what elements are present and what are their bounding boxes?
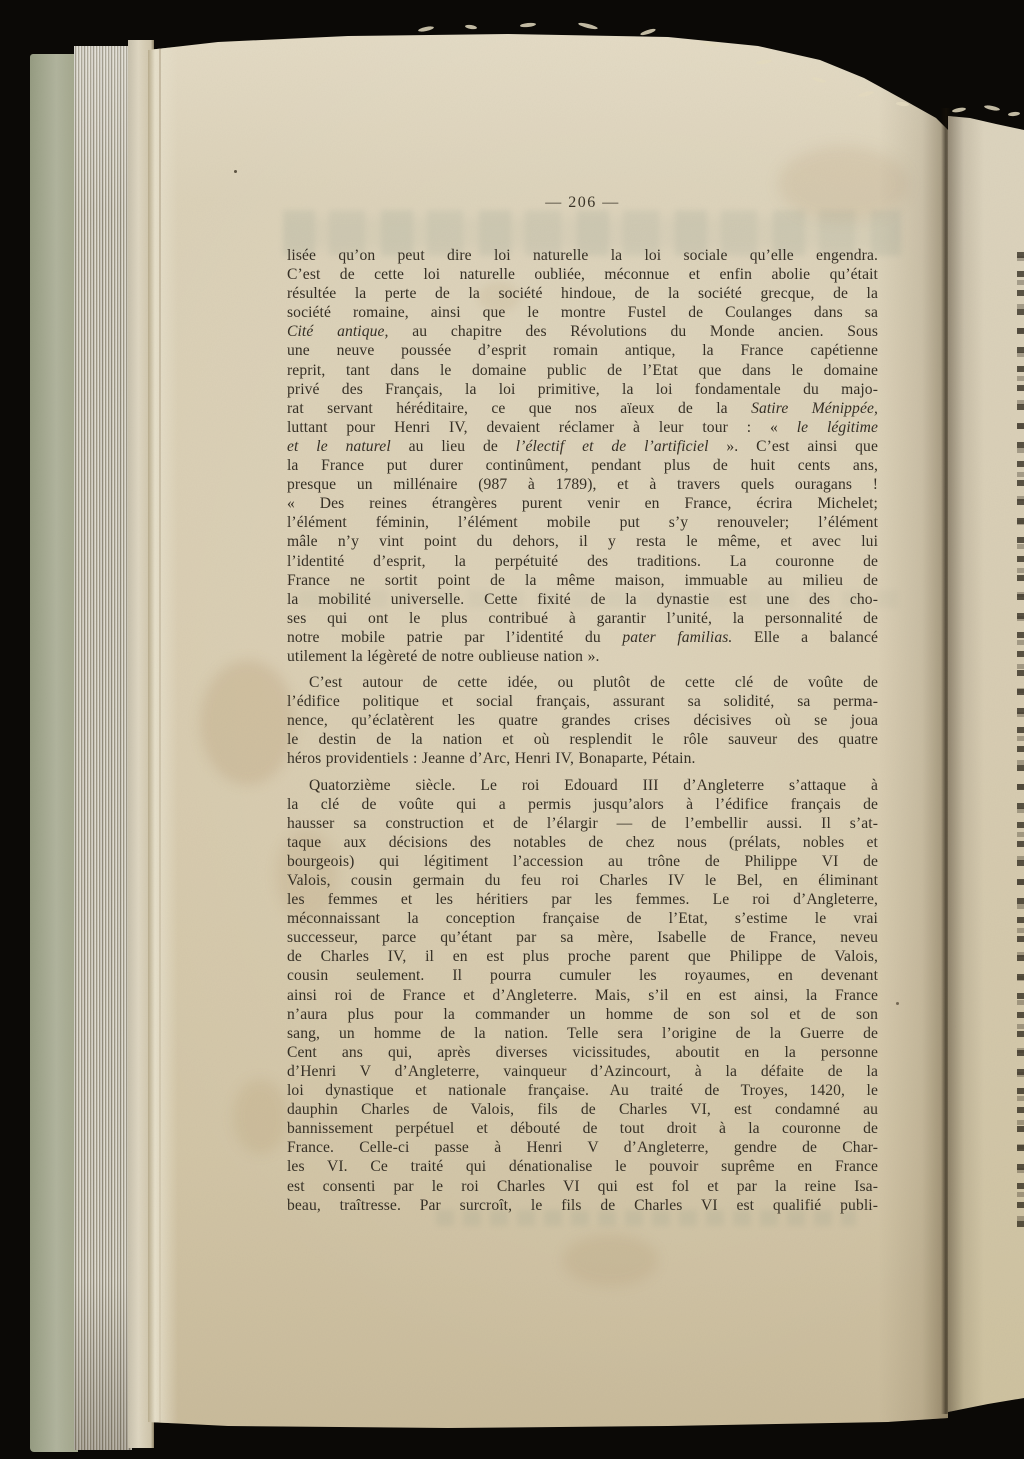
- body-text-segment: successeur, parce qu’étant par sa mère, …: [287, 929, 878, 946]
- body-text-segment: méconnaissant la conception française de…: [287, 910, 878, 927]
- book-scan: — 206 — lisée qu’on peut dire loi nature…: [0, 0, 1024, 1459]
- foxing-stain: [233, 1079, 288, 1154]
- body-text-segment: bourgeois) qui légitiment l’accession au…: [287, 853, 878, 870]
- text-line: France. Celle-ci passe à Henri V d’Angle…: [287, 1138, 878, 1157]
- text-line: luttant pour Henri IV, devaient réclamer…: [287, 418, 878, 437]
- text-line: lisée qu’on peut dire loi naturelle la l…: [287, 246, 878, 265]
- text-line: France ne sortit point de la même maison…: [287, 571, 878, 590]
- italic-text: Satire Ménippée,: [751, 400, 878, 417]
- body-text-segment: les femmes et les héritiers par les femm…: [287, 891, 878, 908]
- body-text-segment: au chapitre des Révolutions du Monde anc…: [389, 323, 878, 340]
- text-line: C’est de cette loi naturelle oubliée, mé…: [287, 265, 878, 284]
- text-line: société romaine, ainsi que le montre Fus…: [287, 303, 878, 322]
- text-line: Cité antique, au chapitre des Révolution…: [287, 322, 878, 341]
- body-text-segment: n’aura plus pour la commander un homme d…: [287, 1006, 878, 1023]
- body-text-segment: ». C’est ainsi que: [709, 438, 878, 455]
- text-line: dauphin Charles de Valois, fils de Charl…: [287, 1100, 878, 1119]
- body-text-segment: « Des reines étrangères purent venir en …: [287, 495, 878, 512]
- body-text-segment: France ne sortit point de la même maison…: [287, 572, 878, 589]
- text-line: la France put durer continûment, pendant…: [287, 456, 878, 475]
- body-text-segment: une neuve poussée d’esprit romain antiqu…: [287, 342, 878, 359]
- body-text-segment: hausser sa construction et de l’élargir …: [287, 815, 878, 832]
- text-line: d’Henri V d’Angleterre, vainqueur d’Azin…: [287, 1062, 878, 1081]
- body-text-segment: société romaine, ainsi que le montre Fus…: [287, 304, 878, 321]
- body-text-segment: rat servant héréditaire, ce que nos aïeu…: [287, 400, 751, 417]
- body-text-segment: France. Celle-ci passe à Henri V d’Angle…: [287, 1139, 878, 1156]
- paper-fiber: [578, 22, 598, 31]
- body-text-segment: lisée qu’on peut dire loi naturelle la l…: [287, 247, 878, 264]
- body-text-segment: sang, un homme de la nation. Telle sera …: [287, 1025, 878, 1042]
- text-line: presque un millénaire (987 à 1789), et à…: [287, 475, 878, 494]
- text-line: mâle n’y vint point du dehors, il y rest…: [287, 532, 878, 551]
- text-line: une neuve poussée d’esprit romain antiqu…: [287, 341, 878, 360]
- text-line: n’aura plus pour la commander un homme d…: [287, 1005, 878, 1024]
- body-text-segment: de Charles IV, il en est plus proche par…: [287, 948, 878, 965]
- text-line: et le naturel au lieu de l’électif et de…: [287, 437, 878, 456]
- body-text-segment: mâle n’y vint point du dehors, il y rest…: [287, 533, 878, 550]
- body-text-segment: presque un millénaire (987 à 1789), et à…: [287, 476, 878, 493]
- body-text-segment: les VI. Ce traité qui dénationalise le p…: [287, 1158, 878, 1175]
- text-line: méconnaissant la conception française de…: [287, 909, 878, 928]
- facing-page-text-fragments: [1017, 252, 1024, 1232]
- ink-speck: [234, 170, 237, 173]
- body-text-segment: C’est de cette loi naturelle oubliée, mé…: [287, 266, 878, 283]
- text-line: les femmes et les héritiers par les femm…: [287, 890, 878, 909]
- body-text: lisée qu’on peut dire loi naturelle la l…: [287, 246, 878, 1215]
- body-text-segment: Valois, cousin germain du feu roi Charle…: [287, 872, 878, 889]
- body-text-segment: la France put durer continûment, pendant…: [287, 457, 878, 474]
- body-text-segment: ses qui ont le plus contribué à garantir…: [287, 610, 878, 627]
- body-text-segment: cousin seulement. Il pourra cumuler les …: [287, 967, 878, 984]
- text-line: l’édifice politique et social français, …: [287, 692, 878, 711]
- body-text-segment: beau, traîtresse. Par surcroît, le fils …: [287, 1197, 878, 1214]
- italic-text: pater familias.: [622, 629, 732, 646]
- paper-fiber: [520, 22, 536, 28]
- body-text-segment: reprit, tant dans le domaine public de l…: [287, 362, 878, 379]
- text-line: héros providentiels : Jeanne d’Arc, Henr…: [287, 749, 878, 768]
- text-line: beau, traîtresse. Par surcroît, le fils …: [287, 1196, 878, 1215]
- text-line: utilement la légèreté de notre oublieuse…: [287, 647, 878, 666]
- text-line: les VI. Ce traité qui dénationalise le p…: [287, 1157, 878, 1176]
- body-text-segment: luttant pour Henri IV, devaient réclamer…: [287, 419, 797, 436]
- body-text-segment: est consenti par le roi Charles VI qui e…: [287, 1178, 878, 1195]
- text-line: l’élément féminin, l’élément mobile put …: [287, 513, 878, 532]
- body-text-segment: le destin de la nation et où resplendit …: [287, 731, 878, 748]
- paper-fiber: [465, 24, 477, 30]
- paragraph: lisée qu’on peut dire loi naturelle la l…: [287, 246, 878, 666]
- page-stack-edge-green: [30, 54, 78, 1452]
- text-line: l’identité d’esprit, la perpétuité des t…: [287, 552, 878, 571]
- text-line: loi dynastique et nationale française. A…: [287, 1081, 878, 1100]
- text-line: la mobilité universelle. Cette fixité de…: [287, 590, 878, 609]
- body-text-segment: Cent ans qui, après diverses vicissitude…: [287, 1044, 878, 1061]
- text-line: cousin seulement. Il pourra cumuler les …: [287, 966, 878, 985]
- text-line: de Charles IV, il en est plus proche par…: [287, 947, 878, 966]
- body-text-segment: l’identité d’esprit, la perpétuité des t…: [287, 553, 878, 570]
- body-text-segment: C’est autour de cette idée, ou plutôt de…: [309, 674, 878, 691]
- paragraph: Quatorzième siècle. Le roi Edouard III d…: [287, 776, 878, 1215]
- body-text-segment: privé des Français, la loi primitive, la…: [287, 381, 878, 398]
- foxing-stain: [563, 1234, 658, 1286]
- text-line: sang, un homme de la nation. Telle sera …: [287, 1024, 878, 1043]
- text-line: bannissement perpétuel et débouté de tou…: [287, 1119, 878, 1138]
- text-line: taque aux décisions des notables de chez…: [287, 833, 878, 852]
- paper-fiber: [1008, 111, 1020, 116]
- book-page: — 206 — lisée qu’on peut dire loi nature…: [148, 34, 948, 1428]
- body-text-segment: utilement la légèreté de notre oublieuse…: [287, 648, 599, 665]
- text-line: rat servant héréditaire, ce que nos aïeu…: [287, 399, 878, 418]
- text-line: successeur, parce qu’étant par sa mère, …: [287, 928, 878, 947]
- text-line: « Des reines étrangères purent venir en …: [287, 494, 878, 513]
- text-line: est consenti par le roi Charles VI qui e…: [287, 1177, 878, 1196]
- body-text-segment: d’Henri V d’Angleterre, vainqueur d’Azin…: [287, 1063, 878, 1080]
- text-line: le destin de la nation et où resplendit …: [287, 730, 878, 749]
- text-line: privé des Français, la loi primitive, la…: [287, 380, 878, 399]
- text-line: bourgeois) qui légitiment l’accession au…: [287, 852, 878, 871]
- text-line: résultée la perte de la société hindoue,…: [287, 284, 878, 303]
- text-line: ses qui ont le plus contribué à garantir…: [287, 609, 878, 628]
- text-line: Valois, cousin germain du feu roi Charle…: [287, 871, 878, 890]
- text-line: la clé de voûte qui a permis jusqu’alors…: [287, 795, 878, 814]
- text-line: hausser sa construction et de l’élargir …: [287, 814, 878, 833]
- body-text-segment: loi dynastique et nationale française. A…: [287, 1082, 878, 1099]
- body-text-segment: notre mobile patrie par l’identité du: [287, 629, 622, 646]
- body-text-segment: taque aux décisions des notables de chez…: [287, 834, 878, 851]
- text-line: notre mobile patrie par l’identité du pa…: [287, 628, 878, 647]
- text-line: ainsi roi de France et d’Angleterre. Mai…: [287, 986, 878, 1005]
- text-line: C’est autour de cette idée, ou plutôt de…: [287, 673, 878, 692]
- italic-text: Cité antique,: [287, 323, 389, 340]
- body-text-segment: dauphin Charles de Valois, fils de Charl…: [287, 1101, 878, 1118]
- paper-fiber: [952, 107, 966, 113]
- facing-page-edge: [948, 0, 1024, 1459]
- page-number: — 206 —: [287, 194, 878, 212]
- page-stack-edges: [74, 46, 132, 1450]
- paper-fiber: [984, 104, 1000, 111]
- ink-speck: [896, 1002, 899, 1005]
- body-text-segment: résultée la perte de la société hindoue,…: [287, 285, 878, 302]
- italic-text: l’électif et de l’artificiel: [516, 438, 709, 455]
- paragraph: C’est autour de cette idée, ou plutôt de…: [287, 673, 878, 768]
- paper-fiber: [418, 25, 434, 32]
- body-text-segment: héros providentiels : Jeanne d’Arc, Henr…: [287, 750, 696, 767]
- italic-text: et le naturel: [287, 438, 391, 455]
- body-text-segment: au lieu de: [391, 438, 516, 455]
- body-text-segment: l’élément féminin, l’élément mobile put …: [287, 514, 878, 531]
- text-line: nence, qu’éclatèrent les quatre grandes …: [287, 711, 878, 730]
- foxing-stain: [200, 660, 295, 785]
- body-text-segment: la mobilité universelle. Cette fixité de…: [287, 591, 878, 608]
- italic-text: le légitime: [797, 419, 878, 436]
- body-text-segment: Elle a balancé: [732, 629, 878, 646]
- body-text-segment: ainsi roi de France et d’Angleterre. Mai…: [287, 987, 878, 1004]
- body-text-segment: l’édifice politique et social français, …: [287, 693, 878, 710]
- body-text-segment: la clé de voûte qui a permis jusqu’alors…: [287, 796, 878, 813]
- text-line: Cent ans qui, après diverses vicissitude…: [287, 1043, 878, 1062]
- body-text-segment: Quatorzième siècle. Le roi Edouard III d…: [309, 777, 878, 794]
- paper-fiber: [640, 28, 656, 37]
- body-text-segment: bannissement perpétuel et débouté de tou…: [287, 1120, 878, 1137]
- text-line: reprit, tant dans le domaine public de l…: [287, 361, 878, 380]
- page-fold-line: [159, 34, 161, 1428]
- text-line: Quatorzième siècle. Le roi Edouard III d…: [287, 776, 878, 795]
- body-text-segment: nence, qu’éclatèrent les quatre grandes …: [287, 712, 878, 729]
